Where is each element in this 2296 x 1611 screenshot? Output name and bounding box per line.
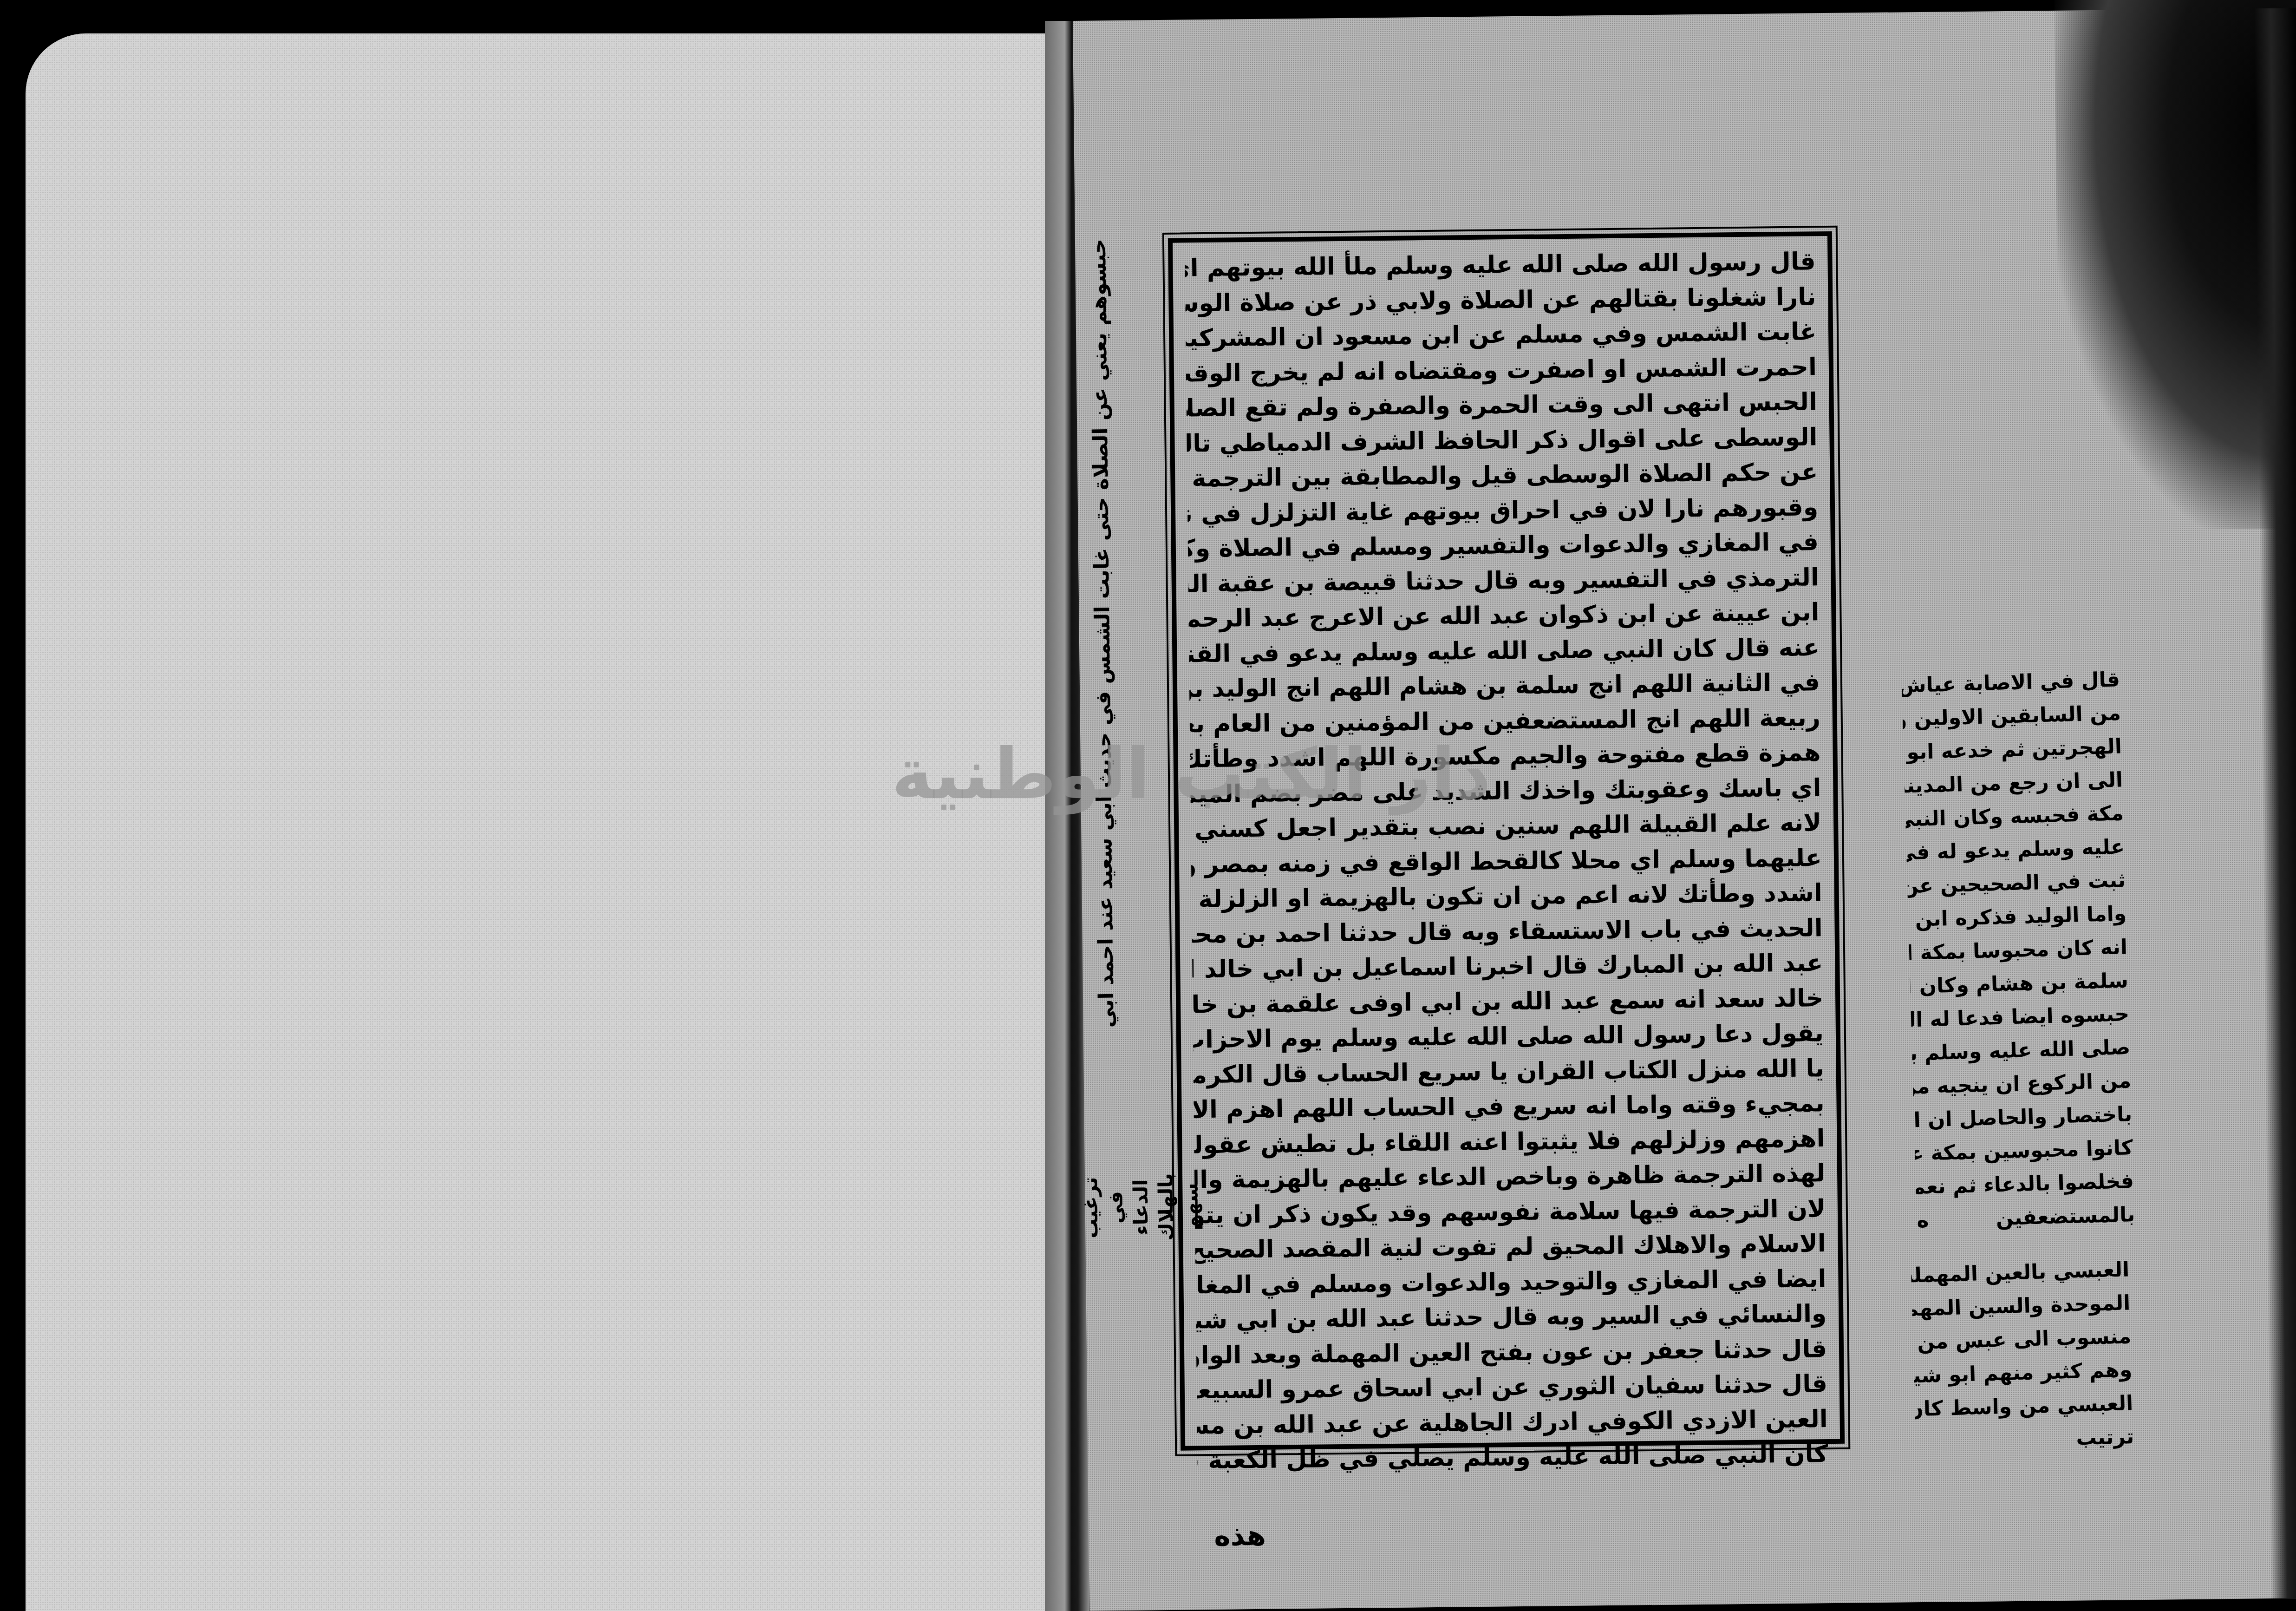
text-line: غابت الشمس وفي مسلم عن ابن مسعود ان المش…: [1186, 314, 1817, 356]
text-line: نارا شغلونا بقتالهم عن الصلاة ولابي ذر ع…: [1185, 280, 1816, 321]
right-margin-note-upper: قال في الاصابة عياش الحكاتمن السابقين ال…: [1901, 663, 2135, 1238]
margin-note-line: حبسوه ايضا فدعا له النبي: [1911, 997, 2130, 1037]
margin-note-line: باختصار والحاصل ان الثلاثة: [1913, 1098, 2133, 1137]
margin-note-line: واما الوليد فذكره ابن الطبراني: [1908, 897, 2127, 936]
margin-note-line: من الركوع ان ينجيه من الكفار: [1912, 1064, 2132, 1104]
text-line: لانه علم القبيلة اللهم سنين نصب بتقدير ا…: [1191, 805, 1822, 847]
text-line: والنسائي في السير وبه قال حدثنا عبد الله…: [1196, 1297, 1827, 1338]
margin-note-line: صلى الله عليه وسلم بعد رفعه: [1911, 1031, 2131, 1070]
margin-note-line: وهم كثير منهم ابو شيبة ابراهيم: [1913, 1353, 2133, 1393]
text-line: ايضا في المغازي والتوحيد والدعوات ومسلم …: [1195, 1262, 1826, 1303]
text-line: عليهما وسلم اي محلا كالقحط الواقع في زمن…: [1191, 841, 1822, 883]
margin-note-line: انه كان محبوسا بمكة الاخوات: [1909, 930, 2128, 970]
right-page: حبسوهم يعني عن الصلاة حتى غابت الشمس في …: [1073, 8, 2296, 1611]
margin-note-line: مكة فحبسه وكان النبي صلى الله: [1905, 797, 2124, 836]
text-line: اشدد وطأتك لانه اعم من ان تكون بالهزيمة …: [1191, 876, 1822, 917]
text-line: العين الازدي الكوفي ادرك الجاهلية عن عبد…: [1197, 1402, 1828, 1444]
text-line: عن حكم الصلاة الوسطى قيل والمطابقة بين ا…: [1187, 455, 1818, 497]
text-line: لهذه الترجمة ظاهرة وباخص الدعاء عليهم با…: [1194, 1156, 1826, 1198]
margin-note-line: الى ان رجع من المدينة الى: [1904, 763, 2123, 803]
text-line: قال رسول الله صلى الله عليه وسلم ملأ الل…: [1185, 244, 1816, 286]
text-line: عنه قال كان النبي صلى الله عليه وسلم يدع…: [1189, 630, 1820, 672]
text-block-frame: قال رسول الله صلى الله عليه وسلم ملأ الل…: [1168, 231, 1845, 1451]
margin-note-line: قال في الاصابة عياش الحكات: [1901, 663, 2120, 702]
margin-note-line: ترتيب: [1915, 1420, 2134, 1460]
text-line: اهزمهم وزلزلهم فلا يثبتوا اعنه اللقاء بل…: [1194, 1121, 1825, 1163]
text-line: ابن عيينة عن ابن ذكوان عبد الله عن الاعر…: [1188, 595, 1820, 637]
text-line: عبد الله بن المبارك قال اخبرنا اسماعيل ب…: [1192, 946, 1823, 988]
text-line: بمجيء وقته واما انه سريع في الحساب اللهم…: [1194, 1086, 1825, 1128]
page-edge-shadow: [2254, 8, 2296, 1598]
margin-note-line: سلمة بن هشام وكان الكفار قد: [1910, 964, 2129, 1003]
catchword: هذه: [1214, 1519, 1266, 1552]
margin-note-line: عليه وسلم يدعو له في القنوت كما: [1906, 830, 2125, 870]
text-line: وقبورهم نارا لان في احراق بيوتهم غاية ال…: [1187, 490, 1819, 532]
text-line: يا الله منزل الكتاب القران يا سريع الحسا…: [1193, 1051, 1824, 1093]
text-line: يقول دعا رسول الله صلى الله عليه وسلم يو…: [1193, 1016, 1824, 1058]
margin-note-line: بالمستضعفين ه: [1916, 1198, 2135, 1238]
text-line: لان الترجمة فيها سلامة نفوسهم وقد يكون ذ…: [1195, 1192, 1826, 1233]
scanned-manuscript-spread: حبسوهم يعني عن الصلاة حتى غابت الشمس في …: [0, 0, 2296, 1611]
text-line: ربيعة اللهم انج المستضعفين من المؤمنين م…: [1189, 701, 1820, 742]
margin-note-line: فخلصوا بالدعاء ثم نعم بعدهم: [1915, 1165, 2134, 1204]
text-line: قال حدثنا سفيان الثوري عن ابي اسحاق عمرو…: [1197, 1367, 1828, 1408]
right-margin-note-lower: العبسي بالعين المهملة والباءالموحدة والس…: [1911, 1253, 2134, 1460]
margin-note-line: ترغيب: [1078, 1170, 1104, 1245]
margin-note-line: العبسي من واسط كان مولى عبس: [1914, 1387, 2133, 1426]
text-line: الحديث في باب الاستسقاء وبه قال حدثنا اح…: [1192, 911, 1823, 953]
text-line: الحبس انتهى الى وقت الحمرة والصفرة ولم ت…: [1186, 385, 1817, 426]
text-line: قال حدثنا جعفر بن عون بفتح العين المهملة…: [1196, 1332, 1827, 1374]
margin-note-line: العبسي بالعين المهملة والباء: [1911, 1253, 2130, 1292]
text-line: الوسطى على اقوال ذكر الحافظ الشرف الدميا…: [1187, 420, 1818, 462]
margin-note-line: ثبت في الصحيحين عن ابي هريرة: [1907, 864, 2126, 903]
margin-note-line: في الدعاء بالهلاك: [1103, 1170, 1179, 1245]
text-line: في المغازي والدعوات والتفسير ومسلم في ال…: [1188, 525, 1819, 567]
text-line: اي باسك وعقوبتك واخذك الشديد على مضر بضم…: [1190, 771, 1821, 812]
left-page-blank: [26, 33, 1054, 1611]
vertical-margin-note: حبسوهم يعني عن الصلاة حتى غابت الشمس في …: [1084, 238, 1164, 1214]
text-line: في الثانية اللهم انج سلمة بن هشام اللهم …: [1189, 665, 1820, 707]
text-line: احمرت الشمس او اصفرت ومقتضاه انه لم يخرج…: [1186, 350, 1817, 392]
margin-note-line: كانوا محبوسين بمكة عن الهجرة: [1914, 1131, 2133, 1171]
text-line: خالد سعد انه سمع عبد الله بن ابي اوفى عل…: [1193, 981, 1824, 1023]
margin-note-line: من السابقين الاولين وهاجر: [1902, 696, 2121, 736]
margin-note-line: الموحدة والسين المهملة ولام: [1911, 1286, 2131, 1326]
text-line: كان النبي صلى الله عليه وسلم يصلي في ظل …: [1197, 1437, 1828, 1479]
margin-note-line: الهجرتين ثم خدعه ابو جهل: [1903, 730, 2122, 769]
text-line: الاسلام والاهلاك المحيق لم تفوت لنية الم…: [1195, 1226, 1826, 1268]
text-line: همزة قطع مفتوحة والجيم مكسورة اللهم اشدد…: [1190, 735, 1821, 777]
text-line: الترمذي في التفسير وبه قال حدثنا قبيصة ب…: [1188, 560, 1819, 602]
margin-note-line: منسوب الى عبس من غطفان: [1912, 1320, 2132, 1359]
